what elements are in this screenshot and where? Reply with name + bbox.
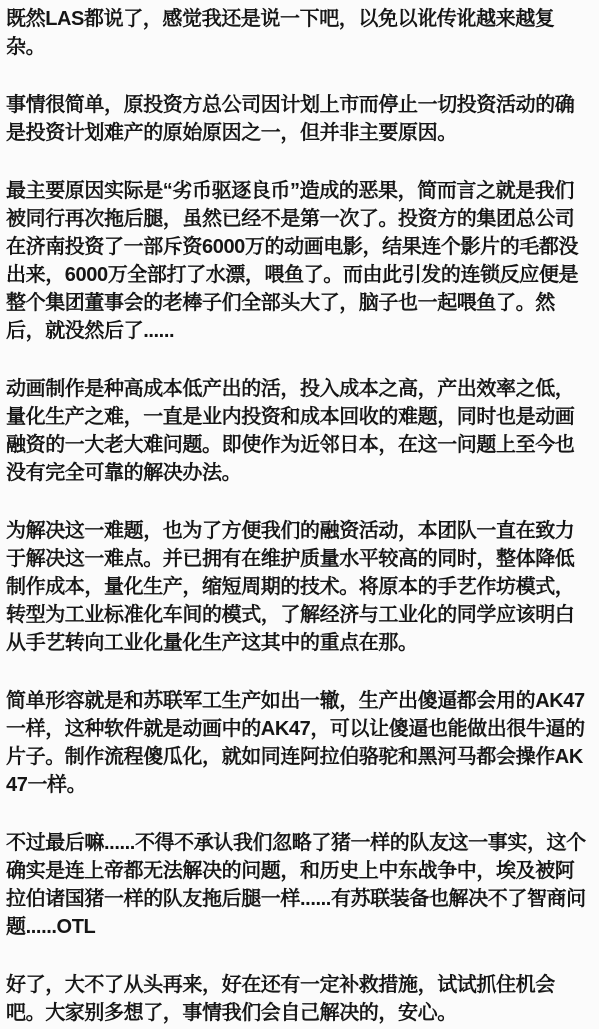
article-paragraph: 好了，大不了从头再来，好在还有一定补救措施，试试抓住机会吧。大家别多想了，事情我… — [6, 971, 593, 1027]
article-paragraph: 简单形容就是和苏联军工生产如出一辙，生产出傻逼都会用的AK47一样，这种软件就是… — [6, 687, 593, 799]
article-paragraph: 动画制作是种高成本低产出的活，投入成本之高，产出效率之低，量化生产之难，一直是业… — [6, 375, 593, 487]
article: 既然LAS都说了，感觉我还是说一下吧，以免以讹传讹越来越复杂。 事情很简单，原投… — [0, 0, 599, 1027]
article-paragraph: 为解决这一难题，也为了方便我们的融资活动，本团队一直在致力于解决这一难点。并已拥… — [6, 517, 593, 657]
article-paragraph: 既然LAS都说了，感觉我还是说一下吧，以免以讹传讹越来越复杂。 — [6, 5, 593, 61]
article-paragraph: 不过最后嘛......不得不承认我们忽略了猪一样的队友这一事实，这个确实是连上帝… — [6, 829, 593, 941]
article-paragraph: 事情很简单，原投资方总公司因计划上市而停止一切投资活动的确是投资计划难产的原始原… — [6, 91, 593, 147]
article-paragraph: 最主要原因实际是“劣币驱逐良币”造成的恶果，简而言之就是我们被同行再次拖后腿，虽… — [6, 177, 593, 345]
